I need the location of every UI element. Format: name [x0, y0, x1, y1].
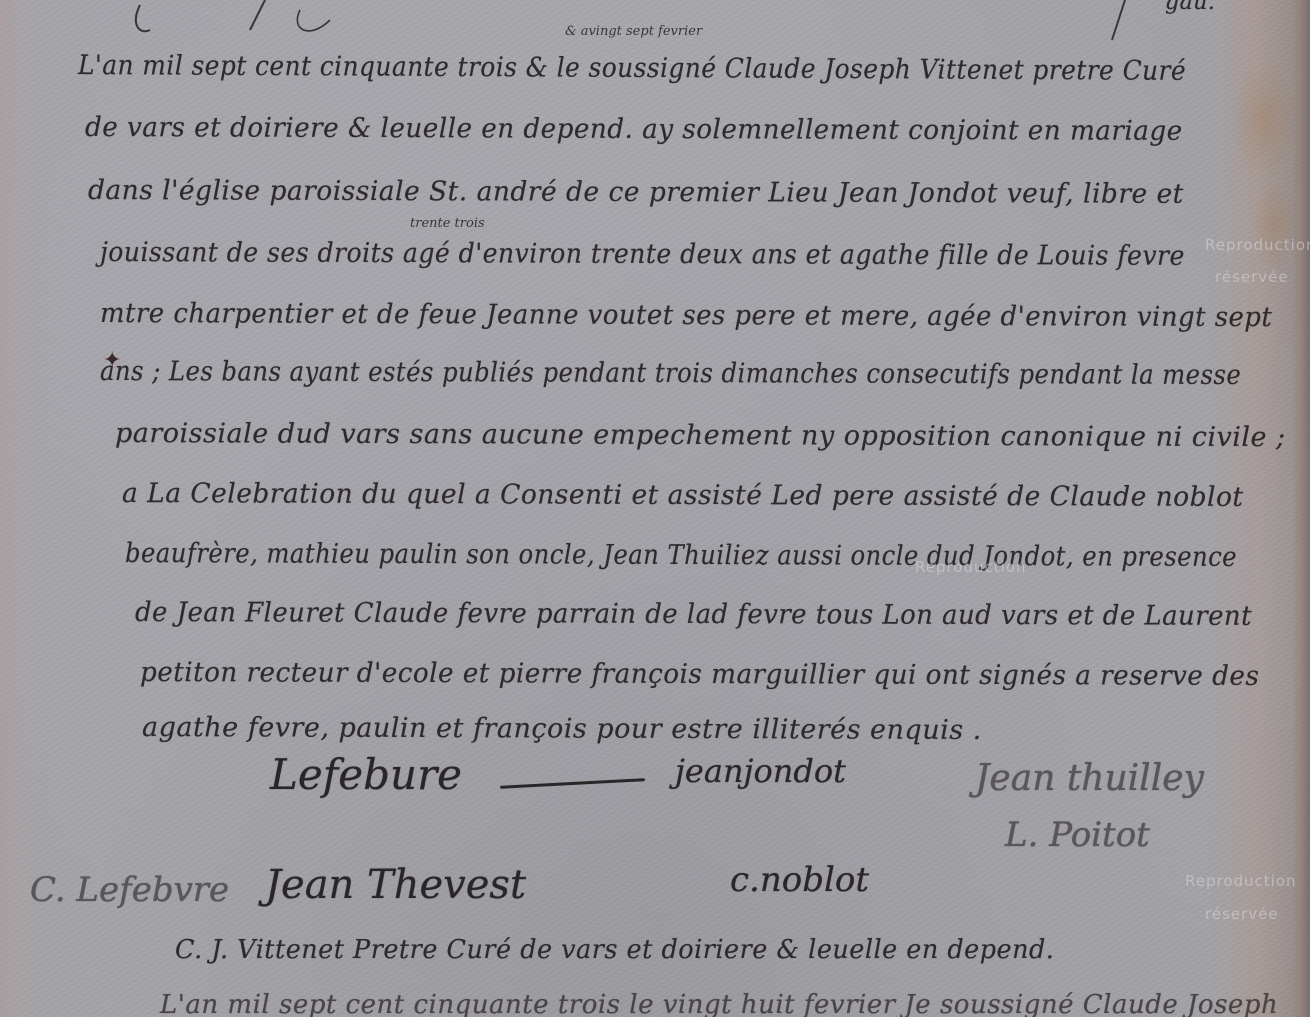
right-edge-binding: [1292, 0, 1310, 1017]
watermark-reproduction: Reproduction: [1205, 236, 1310, 254]
signature-c-lefebvre: C. Lefebvre: [30, 870, 229, 910]
record-line-11: petiton recteur d'ecole et pierre franço…: [140, 657, 1259, 692]
water-stain: [1230, 60, 1300, 180]
record-line-2: de vars et doiriere & leuelle en depend.…: [85, 112, 1183, 147]
record-line-7: paroissiale dud vars sans aucune empeche…: [115, 418, 1286, 453]
interlinear-date-insertion: & avingt sept fevrier: [565, 24, 702, 39]
watermark-reproduction: Reproduction: [915, 558, 1027, 576]
watermark-reserved: réservée: [1205, 905, 1279, 923]
signature-poitot: L. Poitot: [1005, 815, 1150, 855]
signature-flourish: [500, 778, 645, 789]
record-line-6: ans ; Les bans ayant estés publiés penda…: [100, 356, 1241, 391]
left-edge-shadow: [0, 0, 22, 1017]
signature-thevenet: Jean Thevest: [265, 862, 526, 908]
signature-lefebvre: Lefebure: [270, 750, 462, 799]
record-line-12: agathe fevre, paulin et françois pour es…: [142, 712, 982, 746]
priest-signature-line: C. J. Vittenet Pretre Curé de vars et do…: [175, 935, 1054, 965]
interlinear-age-insertion: trente trois: [410, 216, 485, 231]
signature-jondot: jeanjondot: [675, 752, 846, 790]
record-line-8: a La Celebration du quel a Consenti et a…: [122, 478, 1244, 513]
signature-thuilley: Jean thuilley: [975, 758, 1204, 799]
signature-noblot: c.noblot: [730, 860, 869, 900]
record-line-9: beaufrère, mathieu paulin son oncle, Jea…: [125, 538, 1237, 573]
watermark-reproduction: Reproduction: [1185, 872, 1297, 890]
record-line-10: de Jean Fleuret Claude fevre parrain de …: [135, 597, 1252, 632]
record-line-4: jouissant de ses droits agé d'environ tr…: [100, 237, 1185, 272]
manuscript-page: gau. & avingt sept fevrier trente trois …: [0, 0, 1310, 1017]
record-line-1: L'an mil sept cent cinquante trois & le …: [78, 50, 1186, 87]
water-stain: [1250, 180, 1300, 270]
record-line-5: mtre charpentier et de feue Jeanne voute…: [100, 298, 1272, 333]
next-entry-start: L'an mil sept cent cinquante trois le vi…: [160, 990, 1278, 1017]
ink-blot: ✦: [103, 348, 121, 373]
previous-entry-fragment: gau.: [1165, 0, 1215, 15]
watermark-reserved: réservée: [1215, 268, 1289, 286]
record-line-3: dans l'église paroissiale St. andré de c…: [88, 175, 1184, 210]
